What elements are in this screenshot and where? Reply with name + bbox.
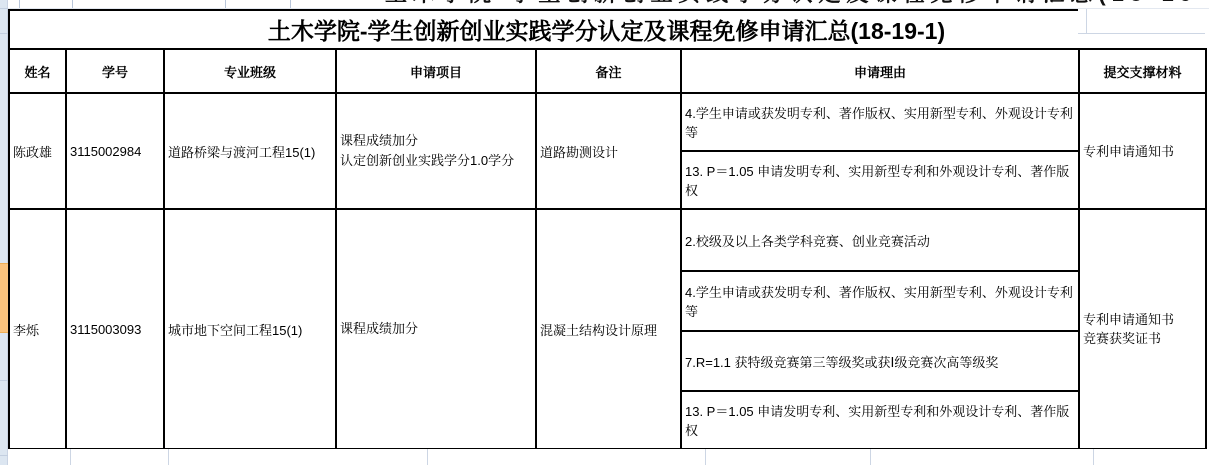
project-line: 课程成绩加分 (340, 319, 532, 339)
gridline (72, 0, 73, 9)
gridline (19, 0, 20, 9)
material-line: 专利申请通知书 (1083, 142, 1202, 161)
project-line: 认定创新创业实践学分1.0学分 (340, 151, 532, 171)
sheet-title: 土木学院-学生创新创业实践学分认定及课程免修申请汇总(18-19-1) (8, 11, 1205, 48)
cell-name[interactable]: 李烁 (9, 209, 66, 449)
cell-reason[interactable]: 7.R=1.1 获特级竞赛第三等级奖或获Ⅰ级竞赛次高等级奖 (681, 331, 1079, 391)
header-row: 姓名 学号 专业班级 申请项目 备注 申请理由 提交支撑材料 (9, 49, 1206, 93)
project-line: 课程成绩加分 (340, 131, 532, 151)
gridline (705, 449, 706, 465)
col-header-class[interactable]: 专业班级 (164, 49, 336, 93)
spreadsheet-view: 土木学院-学生创新创业实践学分认定及课程免修申请汇总(18-19-1) 土木学院… (0, 0, 1209, 465)
partial-row-above: 土木学院-学生创新创业实践学分认定及课程免修申请汇总(18-19-1) (8, 0, 1209, 9)
gridline (1093, 449, 1094, 465)
gridline (168, 449, 169, 465)
cell-remark[interactable]: 混凝土结构设计原理 (536, 209, 681, 449)
gridline (70, 449, 71, 465)
cell-reason[interactable]: 4.学生申请或获发明专利、著作版权、实用新型专利、外观设计专利等 (681, 271, 1079, 331)
gridline (225, 0, 226, 9)
row-header-strip[interactable] (0, 0, 8, 465)
gridline (870, 449, 871, 465)
applications-table: 姓名 学号 专业班级 申请项目 备注 申请理由 提交支撑材料 陈政雄 31150… (8, 48, 1207, 450)
cell-reason[interactable]: 13. P＝1.05 申请发明专利、实用新型专利和外观设计专利、著作版权 (681, 391, 1079, 449)
cell-class[interactable]: 城市地下空间工程15(1) (164, 209, 336, 449)
cell-reason[interactable]: 4.学生申请或获发明专利、著作版权、实用新型专利、外观设计专利等 (681, 93, 1079, 151)
gridline (290, 0, 291, 9)
col-header-material[interactable]: 提交支撑材料 (1079, 49, 1206, 93)
cell-student-id[interactable]: 3115002984 (66, 93, 164, 209)
cell-reason[interactable]: 13. P＝1.05 申请发明专利、实用新型专利和外观设计专利、著作版权 (681, 151, 1079, 209)
cell-reason[interactable]: 2.校级及以上各类学科竞赛、创业竞赛活动 (681, 209, 1079, 271)
cell-class[interactable]: 道路桥梁与渡河工程15(1) (164, 93, 336, 209)
col-header-remark[interactable]: 备注 (536, 49, 681, 93)
cell-material[interactable]: 专利申请通知书 竞赛获奖证书 (1079, 209, 1206, 449)
table-row: 李烁 3115003093 城市地下空间工程15(1) 课程成绩加分 混凝土结构… (9, 209, 1206, 271)
cell-material[interactable]: 专利申请通知书 (1079, 93, 1206, 209)
col-header-project[interactable]: 申请项目 (336, 49, 536, 93)
gridline (0, 380, 8, 381)
cell-student-id[interactable]: 3115003093 (66, 209, 164, 449)
clipped-text-above: 土木学院-学生创新创业实践学分认定及课程免修申请汇总(18-19-1) (385, 0, 1209, 7)
gridline (0, 33, 8, 34)
material-line: 竞赛获奖证书 (1083, 329, 1202, 348)
material-line: 专利申请通知书 (1083, 310, 1202, 329)
cell-remark[interactable]: 道路勘测设计 (536, 93, 681, 209)
title-row[interactable]: 土木学院-学生创新创业实践学分认定及课程免修申请汇总(18-19-1) (8, 9, 1205, 48)
col-header-reason[interactable]: 申请理由 (681, 49, 1079, 93)
gridline (427, 449, 428, 465)
col-header-name[interactable]: 姓名 (9, 49, 66, 93)
gridline (0, 8, 8, 9)
cell-name[interactable]: 陈政雄 (9, 93, 66, 209)
cell-project[interactable]: 课程成绩加分 认定创新创业实践学分1.0学分 (336, 93, 536, 209)
selected-row-indicator (0, 263, 8, 333)
partial-row-below (8, 449, 1209, 465)
table-row: 陈政雄 3115002984 道路桥梁与渡河工程15(1) 课程成绩加分 认定创… (9, 93, 1206, 151)
cell-project[interactable]: 课程成绩加分 (336, 209, 536, 449)
col-header-id[interactable]: 学号 (66, 49, 164, 93)
gridline (0, 455, 8, 456)
